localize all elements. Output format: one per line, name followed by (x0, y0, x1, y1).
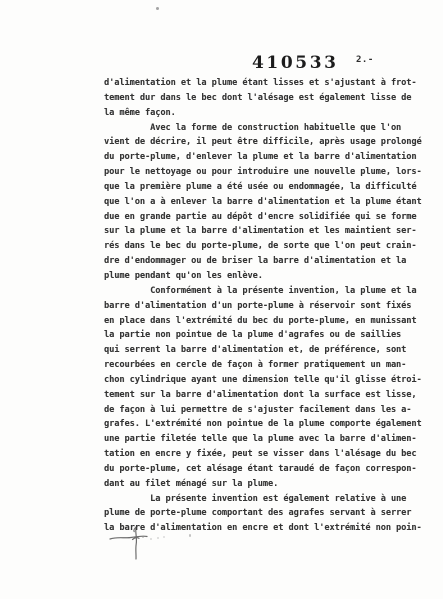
text-line: la même façon. (104, 106, 434, 121)
text-line: du porte-plume, cet alésage étant taraud… (104, 462, 434, 477)
text-line: Avec la forme de construction habituelle… (104, 121, 434, 136)
scan-dot-artifact (150, 538, 152, 540)
text-line: sur la plume et la barre d'alimentation … (104, 224, 434, 239)
text-line: de façon à lui permettre de s'ajuster fa… (104, 403, 434, 418)
handwritten-cross-mark (102, 520, 154, 564)
scan-dot-artifact (142, 536, 144, 538)
text-line: du porte-plume, d'enlever la plume et la… (104, 150, 434, 165)
text-line: pour le nettoyage ou pour introduire une… (104, 165, 434, 180)
text-line: en place dans l'extrémité du bec du port… (104, 314, 434, 329)
text-line: Conformément à la présente invention, la… (104, 284, 434, 299)
text-line: d'alimentation et la plume étant lisses … (104, 76, 434, 91)
page-number: 2.- (356, 55, 374, 65)
patent-number: 410533 (252, 53, 339, 73)
scan-dot-artifact (157, 537, 159, 539)
scan-dot-artifact (163, 536, 165, 538)
text-line: tement sur la barre d'alimentation dont … (104, 388, 434, 403)
text-line: vient de décrire, il peut être difficile… (104, 135, 434, 150)
text-line: une partie filetée telle que la plume av… (104, 432, 434, 447)
text-line: que la première plume a été usée ou endo… (104, 180, 434, 195)
text-line: que l'on a à enlever la barre d'alimenta… (104, 195, 434, 210)
text-line: tement dur dans le bec dont l'alésage es… (104, 91, 434, 106)
scanned-patent-page: 410533 2.- d'alimentation et la plume ét… (0, 0, 443, 599)
text-line: dre d'endommager ou de briser la barre d… (104, 254, 434, 269)
text-line: recourbées en cercle de façon à former p… (104, 358, 434, 373)
text-line: la partie non pointue de la plume d'agra… (104, 328, 434, 343)
text-line: rés dans le bec du porte-plume, de sorte… (104, 239, 434, 254)
text-line: barre d'alimentation d'un porte-plume à … (104, 299, 434, 314)
text-line: dant au filet ménagé sur la plume. (104, 477, 434, 492)
document-lines: d'alimentation et la plume étant lisses … (104, 76, 434, 536)
text-line: grafes. L'extrémité non pointue de la pl… (104, 417, 434, 432)
text-line: plume pendant qu'on les enlève. (104, 269, 434, 284)
text-line: La présente invention est également rela… (104, 492, 434, 507)
text-line: due en grande partie au dépôt d'encre so… (104, 210, 434, 225)
scan-speck-artifact (156, 7, 159, 10)
text-line: chon cylindrique ayant une dimension tel… (104, 373, 434, 388)
text-line: qui serrent la barre d'alimentation et, … (104, 343, 434, 358)
scan-dot-artifact (189, 534, 191, 537)
text-line: tation en encre y fixée, peut se visser … (104, 447, 434, 462)
